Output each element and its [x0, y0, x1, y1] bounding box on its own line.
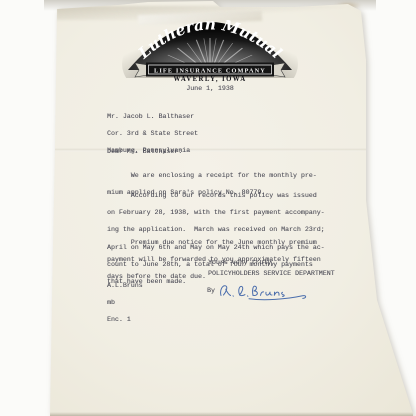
- body-line: on February 28, 1938, with the first pay…: [107, 210, 325, 216]
- signature-ink: [221, 286, 306, 300]
- scanned-letter: Lutheran Mutual LIFE INSURANCE COMPANY W…: [0, 0, 416, 416]
- sender-reference-block: A.L.Bruns mb Enc. 1: [107, 271, 143, 335]
- body-line: We are enclosing a receipt for the month…: [107, 173, 317, 179]
- paper-fold-line: [54, 149, 368, 151]
- valediction: Yours very truly,: [208, 260, 275, 266]
- paper-crease: [56, 6, 358, 20]
- handwritten-signature: [218, 282, 312, 302]
- salutation: Dear Mr. Balthaser:: [107, 149, 182, 155]
- recipient-line: Mr. Jacob L. Balthaser: [107, 114, 198, 120]
- company-logo: Lutheran Mutual LIFE INSURANCE COMPANY: [122, 20, 298, 78]
- letterhead-city: WAVERLY, IOWA: [122, 76, 298, 83]
- paper-bottom-shadow: [48, 412, 416, 416]
- paper-wrap: Lutheran Mutual LIFE INSURANCE COMPANY W…: [0, 0, 416, 416]
- body-line: According to our records this policy was…: [107, 193, 325, 199]
- letter-paper: Lutheran Mutual LIFE INSURANCE COMPANY W…: [0, 0, 416, 416]
- department-name: POLICYHOLDERS SERVICE DEPARTMENT: [208, 271, 335, 277]
- recipient-address: Mr. Jacob L. Balthaser Cor. 3rd & State …: [107, 102, 198, 166]
- letter-date: June 1, 1938: [122, 86, 298, 92]
- by-label: By: [207, 288, 215, 294]
- sender-initials: A.L.Bruns: [107, 283, 143, 289]
- enclosure-note: Enc. 1: [107, 317, 143, 323]
- banner-text: LIFE INSURANCE COMPANY: [154, 67, 266, 74]
- typist-initials: mb: [107, 300, 143, 306]
- recipient-line: Cor. 3rd & State Street: [107, 131, 198, 137]
- body-line: Premium due notice for the June monthly …: [107, 240, 321, 246]
